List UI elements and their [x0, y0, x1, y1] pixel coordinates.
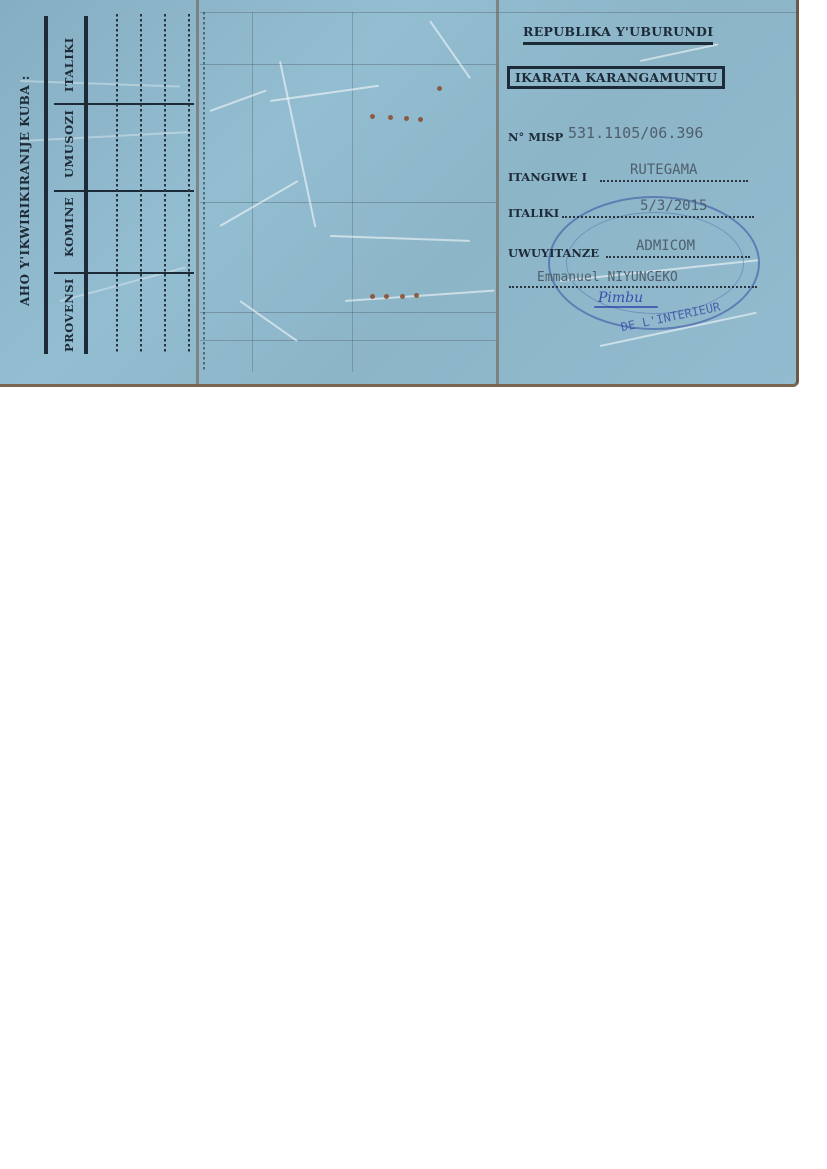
column-divider: [84, 16, 88, 354]
crease: [640, 43, 719, 62]
field-value-uwuyitanze: ADMICOM: [636, 238, 695, 254]
left-panel-heading: AHO Y'IKWIRIKIRANIJE KUBA :: [18, 75, 32, 306]
row-divider: [54, 190, 194, 192]
field-value-misp: 531.1105/06.396: [568, 124, 703, 142]
row-divider: [54, 272, 194, 274]
field-label-italiki: ITALIKI: [508, 206, 559, 220]
rust-spot: [437, 86, 442, 91]
rust-spot: [384, 294, 389, 299]
rust-spot: [400, 294, 405, 299]
column-label-komine: KOMINE: [62, 197, 76, 257]
dotted-line: [562, 216, 754, 218]
rust-spot: [404, 116, 409, 121]
rust-spot: [414, 293, 419, 298]
dotted-line: [606, 256, 750, 258]
perforation: [203, 12, 205, 372]
field-label-uwuyitanze: UWUYITANZE: [508, 246, 599, 260]
dotted-entry-line: [116, 14, 118, 352]
rust-spot: [388, 115, 393, 120]
issuer-name: Emmanuel NIYUNGEKO: [537, 270, 678, 285]
dotted-line: [509, 286, 757, 288]
rust-spot: [370, 114, 375, 119]
grid-line: [200, 312, 496, 313]
grid-line: [200, 64, 496, 65]
dotted-entry-line: [188, 14, 190, 352]
grid-line: [200, 340, 496, 341]
field-value-itangiwe: RUTEGAMA: [630, 162, 697, 178]
crease: [239, 300, 297, 342]
dotted-entry-line: [140, 14, 142, 352]
dotted-entry-line: [164, 14, 166, 352]
fold-line: [196, 0, 199, 384]
fold-line: [496, 0, 499, 384]
crease: [330, 235, 470, 242]
official-stamp-inner-ring: [566, 212, 744, 314]
crease: [220, 180, 299, 227]
dotted-line: [600, 180, 748, 182]
grid-line: [352, 12, 353, 372]
column-label-provensi: PROVENSI: [62, 278, 76, 352]
row-divider: [54, 103, 194, 105]
column-label-italiki: ITALIKI: [62, 37, 76, 92]
crease: [345, 290, 495, 302]
signature: Pimbu: [598, 290, 643, 306]
rust-spot: [370, 294, 375, 299]
card-title: IKARATA KARANGAMUNTU: [507, 66, 725, 89]
field-value-italiki: 5/3/2015: [640, 198, 707, 214]
grid-line: [200, 202, 496, 203]
country-name: REPUBLIKA Y'UBURUNDI: [523, 24, 713, 45]
rust-spot: [418, 117, 423, 122]
column-divider: [44, 16, 48, 354]
crease: [429, 20, 471, 78]
field-label-itangiwe: ITANGIWE I: [508, 170, 587, 184]
signature-underline: [594, 306, 658, 308]
crease: [210, 90, 267, 112]
identity-card: AHO Y'IKWIRIKIRANIJE KUBA : PROVENSI KOM…: [0, 0, 799, 387]
column-label-umusozi: UMUSOZI: [62, 110, 76, 178]
field-label-misp: N° MISP: [508, 130, 563, 144]
grid-line: [252, 12, 253, 372]
